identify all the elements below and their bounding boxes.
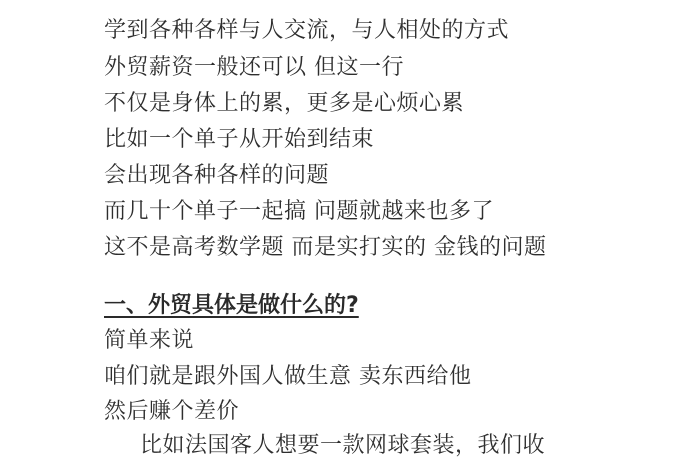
document-page: 学到各种各样与人交流，与人相处的方式 外贸薪资一般还可以 但这一行 不仅是身体上… — [0, 0, 700, 470]
text-line: 而几十个单子一起搞 问题就越来也多了 — [104, 199, 494, 225]
text-line: 这不是高考数学题 而是实打实的 金钱的问题 — [104, 235, 547, 261]
text-line: 不仅是身体上的累，更多是心烦心累 — [104, 91, 464, 117]
text-line: 会出现各种各样的问题 — [104, 163, 329, 189]
text-line: 学到各种各样与人交流，与人相处的方式 — [104, 18, 509, 44]
text-line: 咱们就是跟外国人做生意 卖东西给他 — [104, 364, 472, 390]
indented-paragraph-line: 比如法国客人想要一款网球套装，我们收 — [140, 433, 545, 459]
text-line: 简单来说 — [104, 328, 194, 354]
section-heading: 一、外贸具体是做什么的? — [104, 293, 359, 319]
text-line: 然后赚个差价 — [104, 399, 239, 425]
text-line: 外贸薪资一般还可以 但这一行 — [104, 55, 404, 81]
text-line: 比如一个单子从开始到结束 — [104, 127, 374, 153]
